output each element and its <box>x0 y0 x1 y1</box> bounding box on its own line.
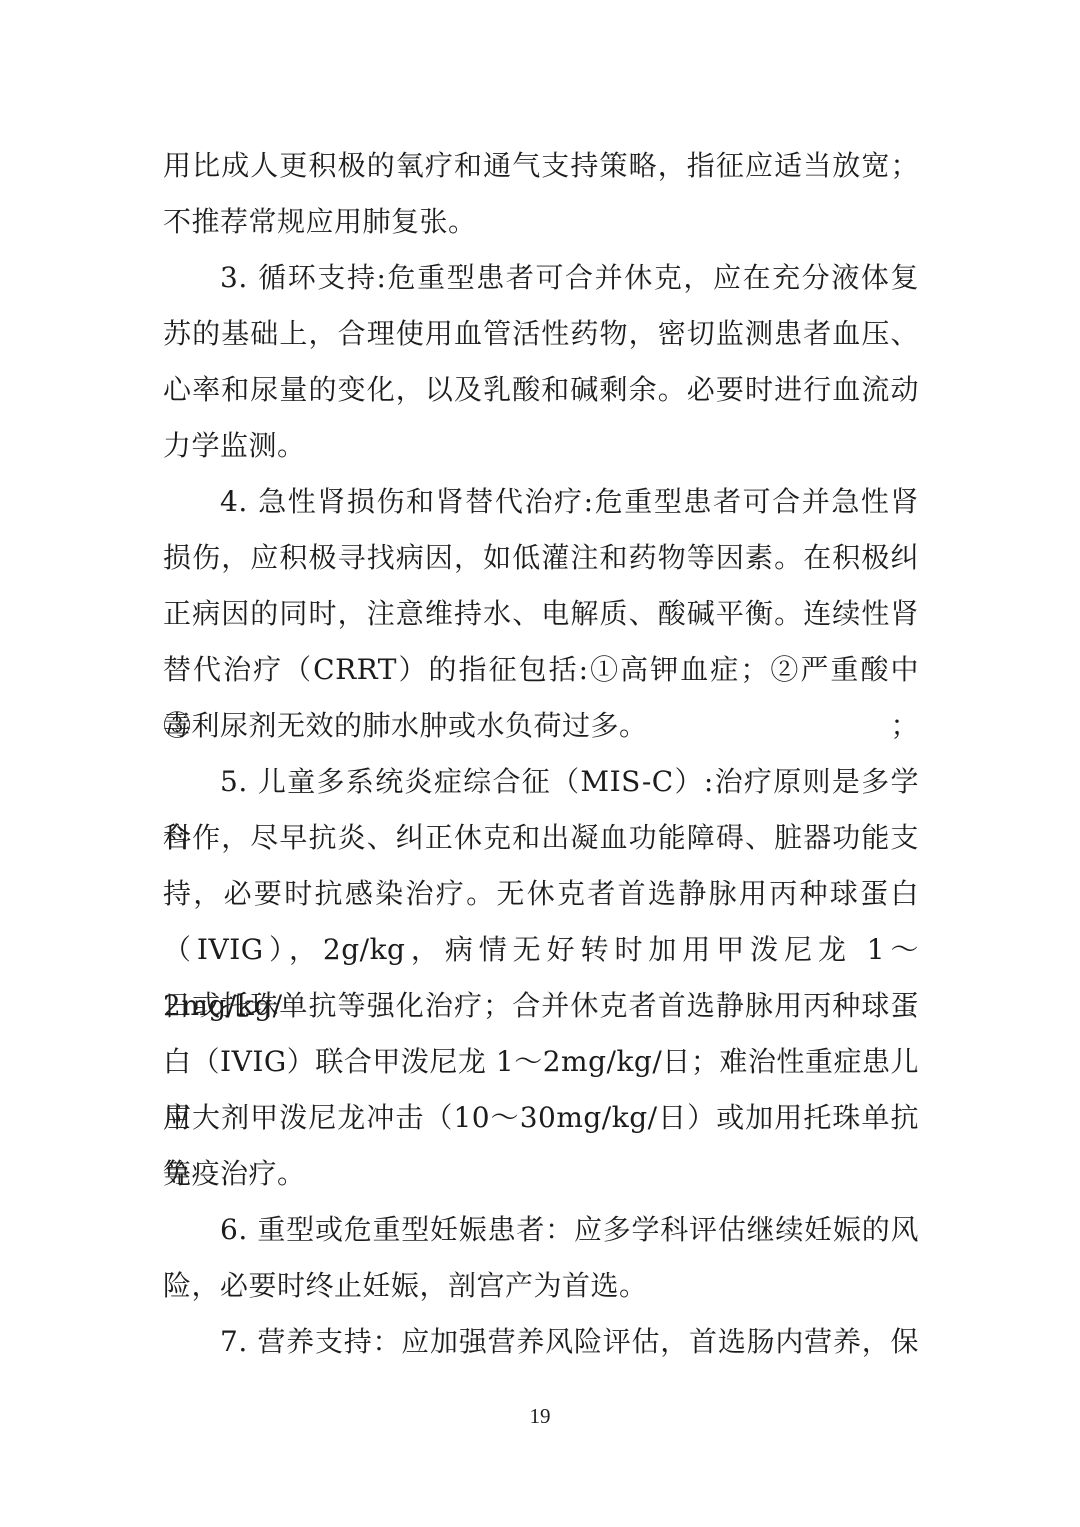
page-number: 19 <box>0 1404 1080 1429</box>
document-body: 用比成人更积极的氧疗和通气支持策略，指征应适当放宽；不推荐常规应用肺复张。3. … <box>163 138 919 1370</box>
text-line: 用比成人更积极的氧疗和通气支持策略，指征应适当放宽； <box>163 138 919 194</box>
text-line: 不推荐常规应用肺复张。 <box>163 194 919 250</box>
text-line: 苏的基础上，合理使用血管活性药物，密切监测患者血压、 <box>163 306 919 362</box>
text-line: 5. 儿童多系统炎症综合征（MIS-C）:治疗原则是多学科 <box>163 754 919 810</box>
text-line: 力学监测。 <box>163 418 919 474</box>
text-line: 7. 营养支持：应加强营养风险评估，首选肠内营养，保 <box>163 1314 919 1370</box>
text-line: 免疫治疗。 <box>163 1146 919 1202</box>
text-line: 损伤，应积极寻找病因，如低灌注和药物等因素。在积极纠 <box>163 530 919 586</box>
text-line: 险，必要时终止妊娠，剖宫产为首选。 <box>163 1258 919 1314</box>
text-line: 用大剂甲泼尼龙冲击（10～30mg/kg/日）或加用托珠单抗等 <box>163 1090 919 1146</box>
text-line: 白（IVIG）联合甲泼尼龙 1～2mg/kg/日；难治性重症患儿应 <box>163 1034 919 1090</box>
text-line: 持，必要时抗感染治疗。无休克者首选静脉用丙种球蛋白 <box>163 866 919 922</box>
text-line: 4. 急性肾损伤和肾替代治疗:危重型患者可合并急性肾 <box>163 474 919 530</box>
text-line: （IVIG），2g/kg，病情无好转时加用甲泼尼龙 1～2mg/kg/ <box>163 922 919 978</box>
text-line: 合作，尽早抗炎、纠正休克和出凝血功能障碍、脏器功能支 <box>163 810 919 866</box>
text-line: 6. 重型或危重型妊娠患者：应多学科评估继续妊娠的风 <box>163 1202 919 1258</box>
text-line: 正病因的同时，注意维持水、电解质、酸碱平衡。连续性肾 <box>163 586 919 642</box>
document-page: 用比成人更积极的氧疗和通气支持策略，指征应适当放宽；不推荐常规应用肺复张。3. … <box>0 0 1080 1527</box>
text-line: 心率和尿量的变化，以及乳酸和碱剩余。必要时进行血流动 <box>163 362 919 418</box>
text-line: 替代治疗（CRRT）的指征包括:①高钾血症；②严重酸中毒； <box>163 642 919 698</box>
text-line: 3. 循环支持:危重型患者可合并休克，应在充分液体复 <box>163 250 919 306</box>
text-line: 日或托珠单抗等强化治疗；合并休克者首选静脉用丙种球蛋 <box>163 978 919 1034</box>
